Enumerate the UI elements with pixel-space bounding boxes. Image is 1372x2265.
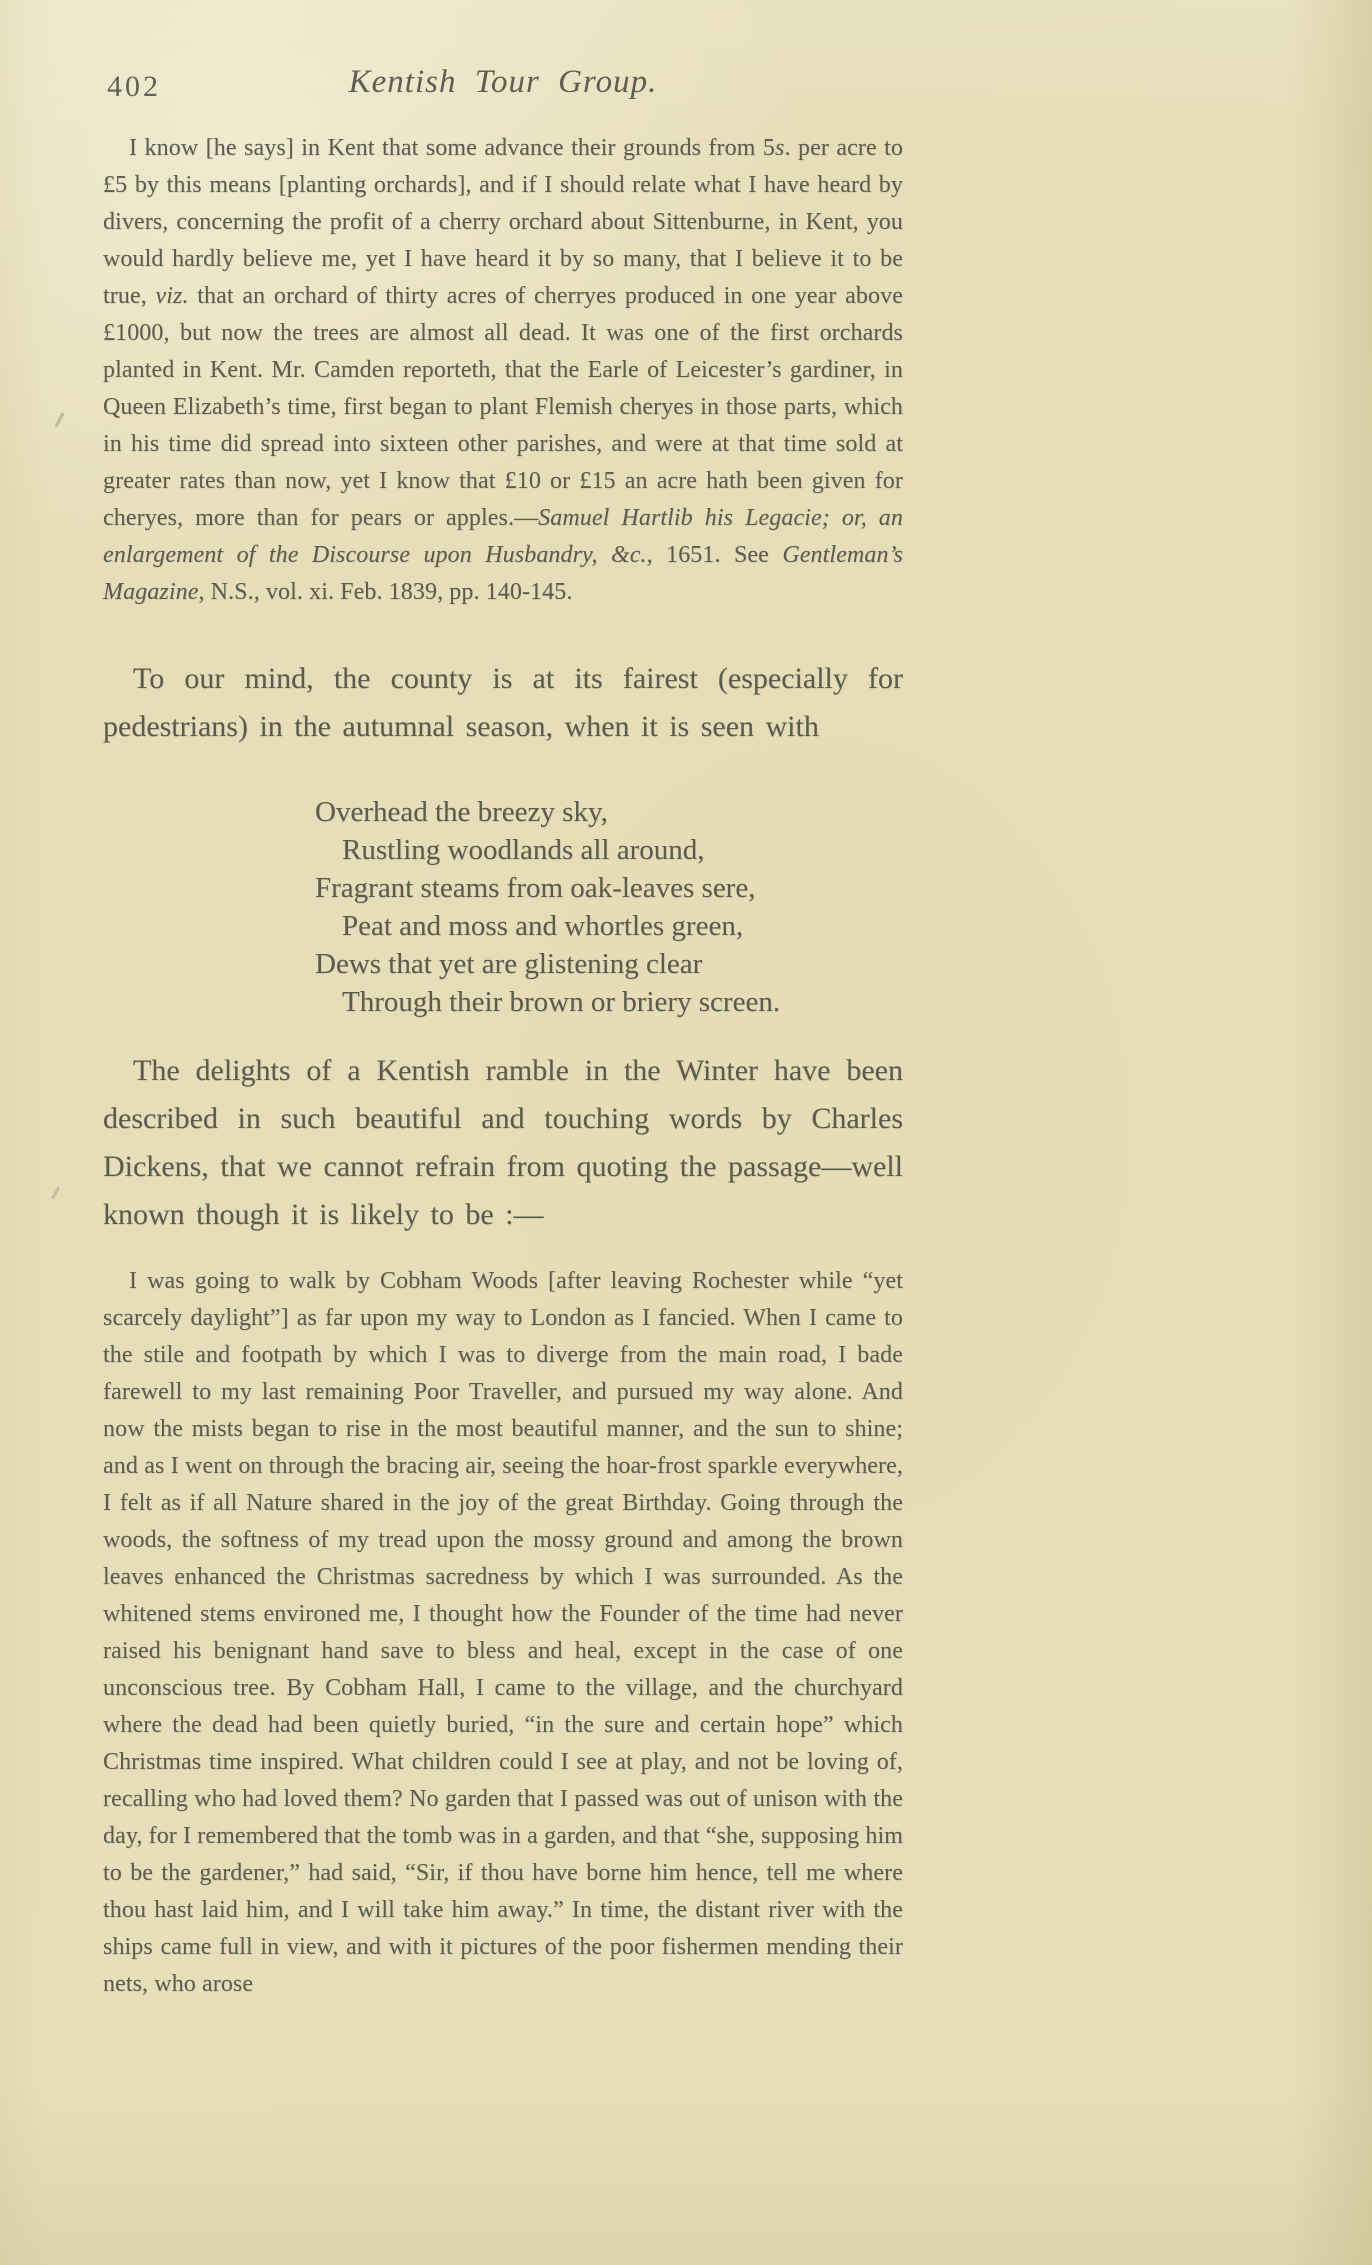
dickens-intro-paragraph: The delights of a Kentish ramble in the … bbox=[103, 1047, 903, 1239]
autumn-paragraph: To our mind, the county is at its faires… bbox=[103, 655, 903, 751]
italic-text: viz. bbox=[156, 283, 189, 309]
poem-line: Peat and moss and whortles green, bbox=[342, 907, 903, 945]
dickens-quote-paragraph: I was going to walk by Cobham Woods [aft… bbox=[103, 1263, 903, 2003]
poem-line: Rustling woodlands all around, bbox=[342, 831, 903, 869]
page-header: 402 Kentish Tour Group. bbox=[103, 64, 903, 110]
margin-pencil-mark bbox=[54, 412, 64, 428]
scanned-page: 402 Kentish Tour Group. I know [he says]… bbox=[103, 64, 903, 2003]
running-title: Kentish Tour Group. bbox=[103, 64, 903, 101]
hartlib-quote-paragraph: I know [he says] in Kent that some advan… bbox=[103, 130, 903, 611]
poem-line: Overhead the breezy sky, bbox=[315, 793, 903, 831]
poem-line: Fragrant steams from oak-leaves sere, bbox=[315, 869, 903, 907]
italic-text: s bbox=[775, 135, 784, 161]
margin-pencil-mark bbox=[51, 1186, 60, 1200]
poem-line: Dews that yet are glistening clear bbox=[315, 945, 903, 983]
poem-line: Through their brown or briery screen. bbox=[342, 983, 903, 1021]
poem: Overhead the breezy sky,Rustling woodlan… bbox=[315, 793, 903, 1021]
